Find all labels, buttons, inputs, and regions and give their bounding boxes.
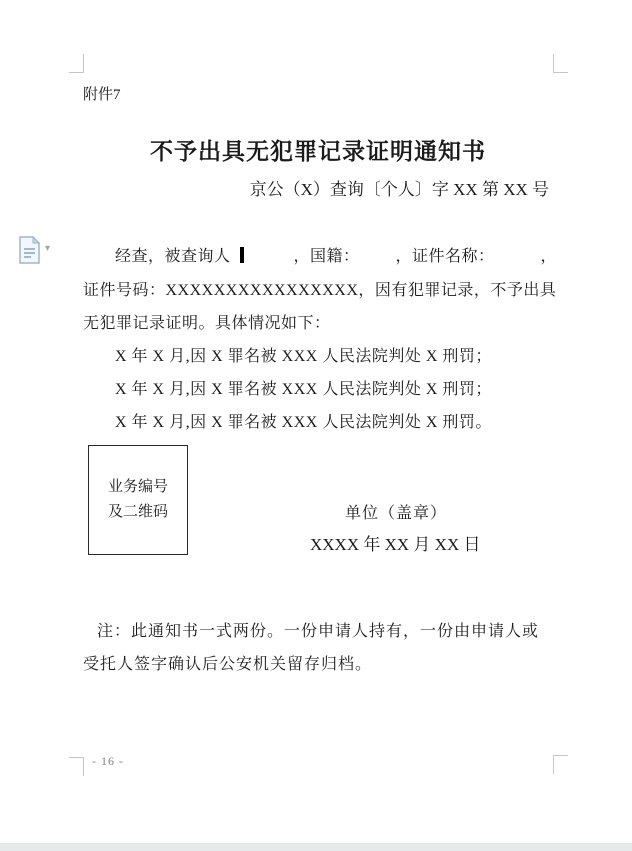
text-cursor [240, 247, 244, 263]
record-line-2[interactable]: X 年 X 月,因 X 罪名被 XXX 人民法院判处 X 刑罚； [115, 376, 492, 399]
document-page: ▾ 附件7 不予出具无犯罪记录证明通知书 京公（X）查询〔个人〕字 XX 第 X… [0, 0, 632, 851]
page-edge-strip [0, 843, 632, 851]
record-line-1[interactable]: X 年 X 月,因 X 罪名被 XXX 人民法院判处 X 刑罚； [115, 343, 492, 366]
body-line-1-nationality-label: ，国籍： [294, 248, 360, 265]
paste-options-icon[interactable] [17, 236, 41, 264]
body-line-1-comma: ， [541, 248, 558, 265]
note-line-1[interactable]: 注：此通知书一式两份。一份申请人持有，一份由申请人或 [97, 618, 539, 641]
attachment-label[interactable]: 附件7 [83, 83, 121, 104]
date-line[interactable]: XXXX 年 XX 月 XX 日 [310, 530, 480, 555]
qr-box-line-2: 及二维码 [89, 500, 187, 525]
qr-box-line-1: 业务编号 [89, 475, 187, 500]
body-line-2[interactable]: 证件号码：XXXXXXXXXXXXXXXX，因有犯罪记录，不予出具 [83, 277, 556, 300]
text-boundary-mark-bottom-right [553, 755, 568, 774]
document-title[interactable]: 不予出具无犯罪记录证明通知书 [83, 133, 553, 166]
text-boundary-mark-top-left [69, 54, 84, 73]
record-line-3[interactable]: X 年 X 月,因 X 罪名被 XXX 人民法院判处 X 刑罚。 [115, 409, 492, 432]
text-boundary-mark-top-right [553, 54, 568, 73]
business-number-qr-box[interactable]: 业务编号 及二维码 [88, 445, 188, 555]
body-line-3[interactable]: 无犯罪记录证明。具体情况如下： [83, 310, 331, 333]
body-line-1-idname-label: ，证件名称： [396, 248, 495, 265]
text-boundary-mark-bottom-left [69, 757, 84, 776]
body-line-1[interactable]: 经查，被查询人，国籍：，证件名称：， [115, 243, 557, 266]
note-line-2[interactable]: 受托人签字确认后公安机关留存归档。 [83, 651, 372, 674]
unit-seal-line[interactable]: 单位（盖章） [345, 500, 447, 523]
body-line-1-pre: 经查，被查询人 [115, 248, 231, 265]
document-number[interactable]: 京公（X）查询〔个人〕字 XX 第 XX 号 [83, 175, 549, 200]
chevron-down-icon[interactable]: ▾ [45, 243, 50, 254]
page-number: - 16 - [92, 754, 124, 769]
